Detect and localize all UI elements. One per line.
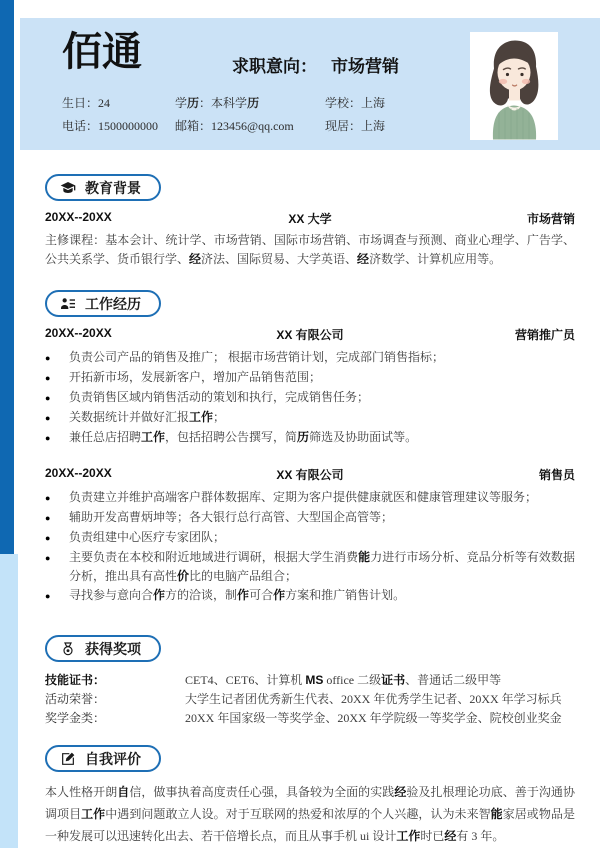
section-title-education: 教育背景 [85, 178, 141, 198]
job2-company: XX 有限公司 [204, 466, 416, 483]
bullet-item: ●辅助开发高曹炳坤等；各大银行总行高管、大型国企高管等； [45, 508, 575, 528]
left-accent-bar-light [0, 554, 18, 848]
award-value: CET4、CET6、计算机 MS office 二级证书、普通话二级甲等 [185, 671, 575, 690]
bullet-dot: ● [45, 348, 69, 368]
awards-table: 技能证书： CET4、CET6、计算机 MS office 二级证书、普通话二级… [45, 671, 575, 728]
job1-position: 营销推广员 [416, 326, 575, 343]
section-badge-self-evaluation: 自我评价 [45, 745, 161, 772]
left-accent-bar-dark [0, 0, 14, 554]
bullet-dot: ● [45, 388, 69, 408]
info-grid: 生日：24 学历：本科学历 学校：上海 电话：1500000000 邮箱：123… [62, 96, 385, 133]
award-row-scholarships: 奖学金类： 20XX 年国家级一等奖学金、20XX 年学院级一等奖学金、院校创业… [45, 709, 575, 728]
award-label: 奖学金类： [45, 709, 185, 728]
entry-school: XX 大学 [204, 210, 416, 227]
medal-icon [60, 641, 76, 657]
candidate-name: 佰通 [62, 30, 142, 74]
section-badge-work: 工作经历 [45, 290, 161, 317]
bullet-dot: ● [45, 488, 69, 508]
job-intent-value: 市场营销 [331, 57, 399, 76]
bullet-item: ●关数据统计并做好汇报工作； [45, 408, 575, 428]
info-phone: 电话：1500000000 [62, 119, 175, 133]
job2-bullet-list: ●负责建立并维护高端客户群体数据库、定期为客户提供健康就医和健康管理建议等服务；… [45, 488, 575, 606]
bullet-dot: ● [45, 408, 69, 428]
section-title-self-evaluation: 自我评价 [85, 749, 141, 769]
bullet-item: ●负责销售区域内销售活动的策划和执行，完成销售任务； [45, 388, 575, 408]
bullet-item: ●负责组建中心医疗专家团队； [45, 528, 575, 548]
job2-entry-row: 20XX--20XX XX 有限公司 销售员 [45, 466, 575, 483]
person-list-icon [60, 296, 76, 312]
job1-entry-row: 20XX--20XX XX 有限公司 营销推广员 [45, 326, 575, 343]
bullet-dot: ● [45, 528, 69, 548]
info-residence: 现居：上海 [325, 119, 385, 133]
section-badge-education: 教育背景 [45, 174, 161, 201]
portrait-illustration [470, 32, 558, 140]
info-birthday: 生日：24 [62, 96, 175, 110]
edit-pencil-icon [60, 751, 76, 767]
info-education: 学历：本科学历 [175, 96, 325, 110]
courses-paragraph: 主修课程：基本会计、统计学、市场营销、国际市场营销、市场调查与预测、商业心理学、… [45, 231, 575, 269]
bullet-item: ●负责建立并维护高端客户群体数据库、定期为客户提供健康就医和健康管理建议等服务； [45, 488, 575, 508]
job1-company: XX 有限公司 [204, 326, 416, 343]
section-badge-awards: 获得奖项 [45, 635, 161, 662]
bullet-dot: ● [45, 428, 69, 448]
section-title-work: 工作经历 [85, 294, 141, 314]
profile-photo [470, 32, 558, 140]
award-row-honors: 活动荣誉： 大学生记者团优秀新生代表、20XX 年优秀学生记者、20XX 年学习… [45, 690, 575, 709]
info-email: 邮箱：123456@qq.com [175, 119, 325, 133]
job2-position: 销售员 [416, 466, 575, 483]
job-intent: 求职意向：市场营销 [232, 52, 399, 77]
bullet-item: ●兼任总店招聘工作，包括招聘公告撰写，简历筛选及协助面试等。 [45, 428, 575, 448]
entry-major: 市场营销 [416, 210, 575, 227]
bullet-item: ●寻找参与意向合作方的洽谈，制作可合作方案和推广销售计划。 [45, 586, 575, 606]
job1-period: 20XX--20XX [45, 326, 204, 343]
award-label: 技能证书： [45, 671, 185, 690]
bullet-item: ●负责公司产品的销售及推广； 根据市场营销计划，完成部门销售指标； [45, 348, 575, 368]
award-label: 活动荣誉： [45, 690, 185, 709]
bullet-dot: ● [45, 548, 69, 586]
award-row-certificates: 技能证书： CET4、CET6、计算机 MS office 二级证书、普通话二级… [45, 671, 575, 690]
award-value: 20XX 年国家级一等奖学金、20XX 年学院级一等奖学金、院校创业奖金 [185, 709, 575, 728]
self-evaluation-paragraph: 本人性格开朗自信，做事执着高度责任心强，具备较为全面的实践经验及扎根理论功底、善… [45, 781, 575, 847]
bullet-item: ●主要负责在本校和附近地域进行调研，根据大学生消费能力进行市场分析、竞品分析等有… [45, 548, 575, 586]
job1-bullet-list: ●负责公司产品的销售及推广； 根据市场营销计划，完成部门销售指标； ●开拓新市场… [45, 348, 575, 448]
resume-page: 佰通 求职意向：市场营销 生日：24 学历：本科学历 学校：上海 电话：1500… [0, 0, 600, 848]
bullet-dot: ● [45, 586, 69, 606]
section-title-awards: 获得奖项 [85, 639, 141, 659]
header-band: 佰通 求职意向：市场营销 生日：24 学历：本科学历 学校：上海 电话：1500… [20, 18, 600, 150]
entry-period: 20XX--20XX [45, 210, 204, 227]
job2-period: 20XX--20XX [45, 466, 204, 483]
bullet-dot: ● [45, 508, 69, 528]
job-intent-label: 求职意向： [232, 57, 317, 76]
bullet-dot: ● [45, 368, 69, 388]
graduation-cap-icon [60, 180, 76, 196]
resume-body: 教育背景 20XX--20XX XX 大学 市场营销 主修课程：基本会计、统计学… [45, 168, 575, 847]
info-school: 学校：上海 [325, 96, 385, 110]
bullet-item: ●开拓新市场，发展新客户，增加产品销售范围； [45, 368, 575, 388]
education-entry-row: 20XX--20XX XX 大学 市场营销 [45, 210, 575, 227]
award-value: 大学生记者团优秀新生代表、20XX 年优秀学生记者、20XX 年学习标兵 [185, 690, 575, 709]
